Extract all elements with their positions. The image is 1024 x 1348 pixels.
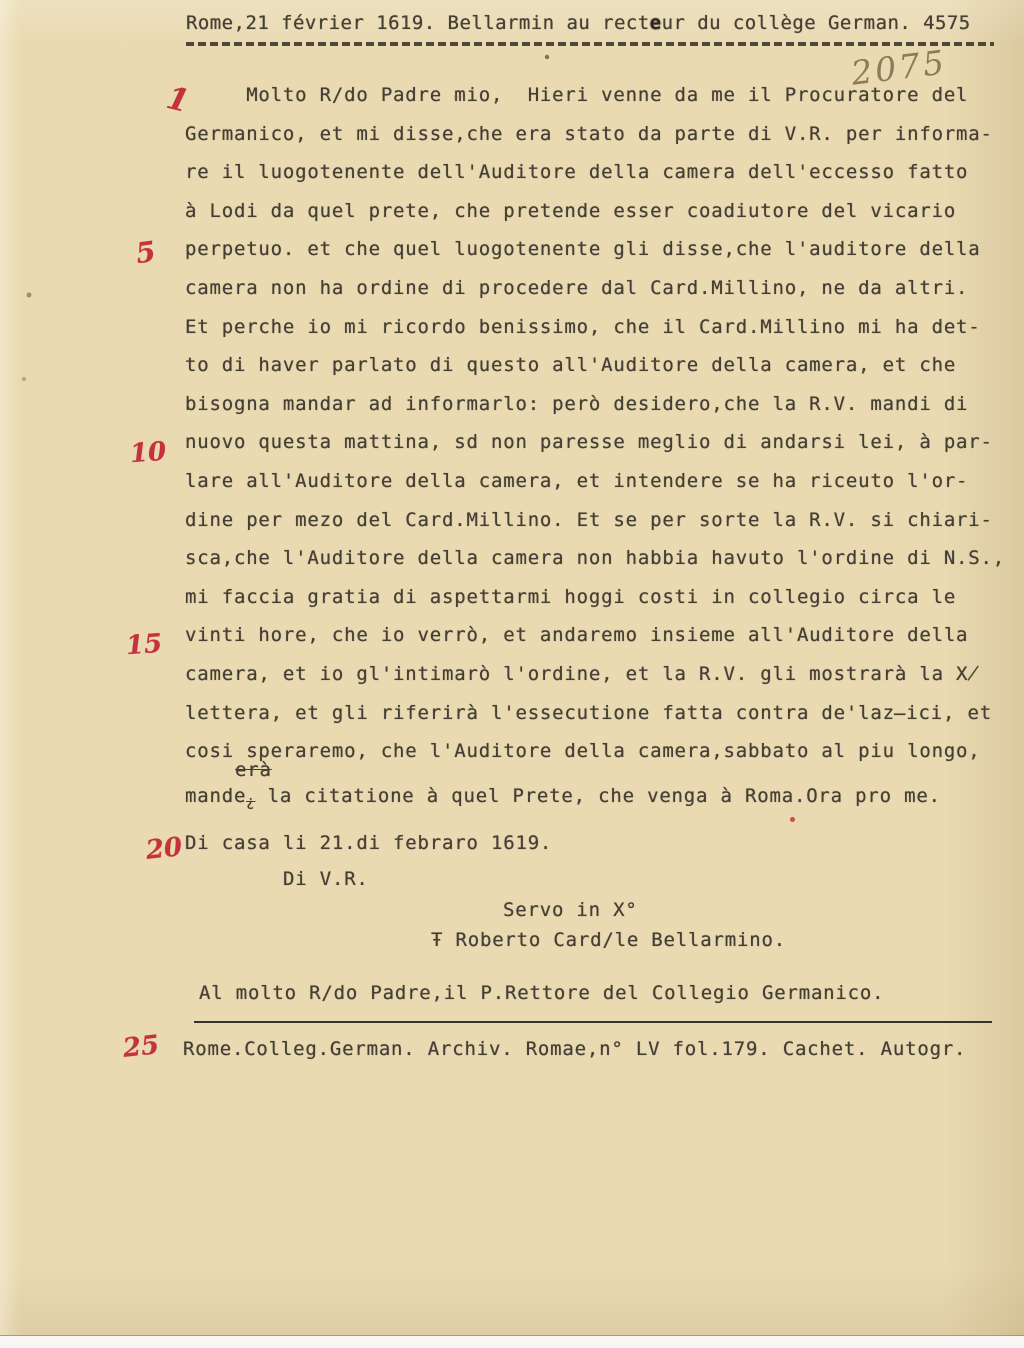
margin-line-number: 5: [134, 235, 158, 270]
dashed-divider: [186, 42, 994, 46]
document-page: Rome,21 février 1619. Bellarmin au recte…: [0, 0, 1024, 1335]
header-text-pre: Rome,21 février 1619. Bellarmin au rect: [186, 12, 650, 34]
footer-rule: [194, 1021, 992, 1023]
address-line: Al molto R/do Padre,il P.Rettore del Col…: [199, 982, 884, 1004]
header-text-post: ur du collège German. 4575: [662, 12, 971, 34]
body-line: mi faccia gratia di aspettarmi hoggi cos…: [185, 578, 1024, 617]
document-header: Rome,21 février 1619. Bellarmin au recte…: [186, 12, 971, 34]
valediction-line: Servo in X°: [503, 899, 638, 921]
date-line: Di casa li 21.di febraro 1619.: [185, 832, 552, 854]
header-overstruck-char: e: [650, 12, 662, 34]
letter-body: Molto R/do Padre mio, Hieri venne da me …: [185, 76, 1024, 815]
body-line: Et perche io mi ricordo benissimo, che i…: [185, 308, 1024, 347]
body-line: camera non ha ordine di procedere dal Ca…: [185, 269, 1024, 308]
body-line: sca,che l'Auditore della camera non habb…: [185, 539, 1024, 578]
body-line: cosi speraremo, che l'Auditore della cam…: [185, 732, 1024, 771]
body-line: lettera, et gli riferirà l'essecutione f…: [185, 694, 1024, 733]
body-line: perpetuo. et che quel luogotenente gli d…: [185, 230, 1024, 269]
margin-line-number: 20: [145, 832, 184, 866]
body-line: camera, et io gl'intimarò l'ordine, et l…: [185, 655, 1024, 694]
margin-line-number: 10: [129, 437, 167, 469]
line-text-pre: mande: [185, 785, 246, 807]
red-ink-dot: [790, 817, 795, 822]
corrected-line: eràmande¿ la citatione à quel Prete, che…: [185, 777, 1024, 816]
body-line: Germanico, et mi disse,che era stato da …: [185, 115, 1024, 154]
handwritten-correction: erà: [235, 760, 272, 780]
body-line: re il luogotenente dell'Auditore della c…: [185, 153, 1024, 192]
body-line: Molto R/do Padre mio, Hieri venne da me …: [185, 76, 1024, 115]
signature-line: Ŧ Roberto Card/le Bellarmino.: [431, 929, 786, 951]
line-text-rest: la citatione à quel Prete, che venga à R…: [255, 785, 940, 807]
body-line: lare all'Auditore della camera, et inten…: [185, 462, 1024, 501]
paper-specks: [0, 0, 2, 2]
body-line: to di haver parlato di questo all'Audito…: [185, 346, 1024, 385]
body-line: vinti hore, che io verrò, et andaremo in…: [185, 616, 1024, 655]
body-line: bisogna mandar ad informarlo: però desid…: [185, 385, 1024, 424]
salutation-close: Di V.R.: [283, 868, 369, 890]
body-line: dine per mezo del Card.Millino. Et se pe…: [185, 501, 1024, 540]
archive-reference: Rome.Colleg.German. Archiv. Romae,n° LV …: [183, 1038, 966, 1060]
body-line: à Lodi da quel prete, che pretende esser…: [185, 192, 1024, 231]
body-line: nuovo questa mattina, sd non paresse meg…: [185, 423, 1024, 462]
margin-line-number: 15: [125, 629, 163, 661]
margin-line-number: 25: [122, 1030, 161, 1064]
